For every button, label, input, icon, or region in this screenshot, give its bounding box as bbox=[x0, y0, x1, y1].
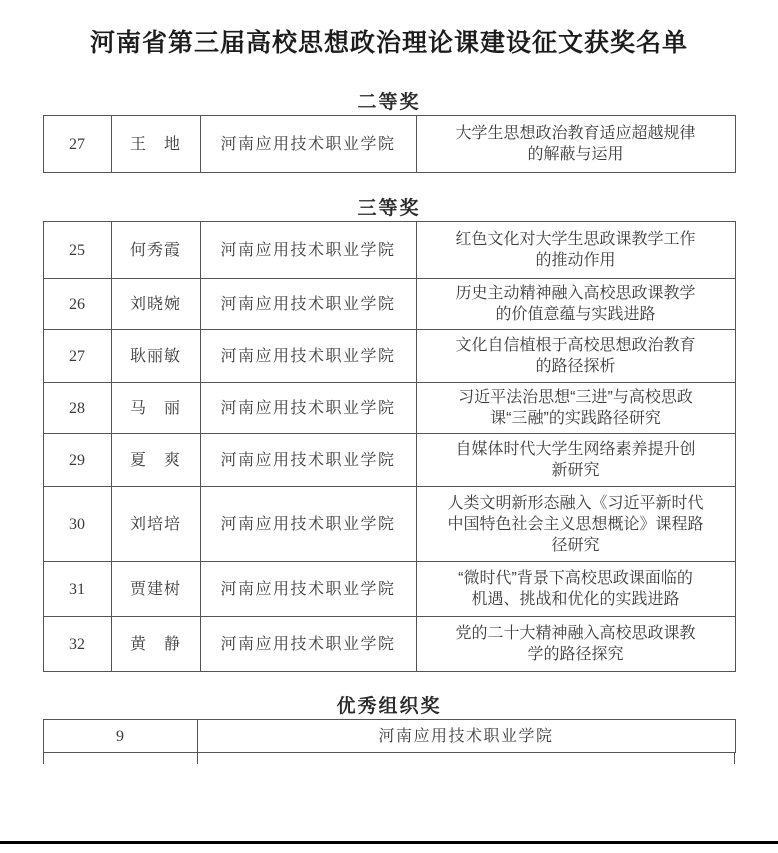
essay-title: 大学生思想政治教育适应超越规律 的解蔽与运用 bbox=[416, 116, 735, 173]
essay-title: 党的二十大精神融入高校思政课教 学的路径探究 bbox=[416, 617, 735, 672]
entry-number: 32 bbox=[43, 617, 111, 672]
author-name: 耿丽敏 bbox=[111, 330, 200, 383]
institution-name: 河南应用技术职业学院 bbox=[197, 720, 735, 753]
entry-number: 30 bbox=[43, 487, 111, 562]
section-heading-second-prize: 二等奖 bbox=[0, 91, 778, 115]
table-row: 26 刘晓婉 河南应用技术职业学院 历史主动精神融入高校思政课教学 的价值意蕴与… bbox=[43, 279, 735, 330]
third-prize-table: 25 何秀霞 河南应用技术职业学院 红色文化对大学生思政课教学工作 的推动作用 … bbox=[43, 221, 736, 672]
table-row: 25 何秀霞 河南应用技术职业学院 红色文化对大学生思政课教学工作 的推动作用 bbox=[43, 222, 735, 279]
table-row: 31 贾建树 河南应用技术职业学院 “微时代”背景下高校思政课面临的 机遇、挑战… bbox=[43, 562, 735, 617]
entry-number: 27 bbox=[43, 330, 111, 383]
institution-name: 河南应用技术职业学院 bbox=[200, 434, 416, 487]
author-name: 刘培培 bbox=[111, 487, 200, 562]
org-award-table: 9 河南应用技术职业学院 bbox=[43, 719, 736, 753]
page-bottom-edge bbox=[0, 841, 778, 844]
author-name: 刘晓婉 bbox=[111, 279, 200, 330]
table-row: 32 黄 静 河南应用技术职业学院 党的二十大精神融入高校思政课教 学的路径探究 bbox=[43, 617, 735, 672]
entry-number: 29 bbox=[43, 434, 111, 487]
essay-title: “微时代”背景下高校思政课面临的 机遇、挑战和优化的实践进路 bbox=[416, 562, 735, 617]
author-name: 黄 静 bbox=[111, 617, 200, 672]
author-name: 何秀霞 bbox=[111, 222, 200, 279]
table-row: 27 耿丽敏 河南应用技术职业学院 文化自信植根于高校思想政治教育 的路径探析 bbox=[43, 330, 735, 383]
institution-name: 河南应用技术职业学院 bbox=[200, 487, 416, 562]
table-row: 27 王 地 河南应用技术职业学院 大学生思想政治教育适应超越规律 的解蔽与运用 bbox=[43, 116, 735, 173]
essay-title: 习近平法治思想“三进”与高校思政 课“三融”的实践路径研究 bbox=[416, 383, 735, 434]
institution-name: 河南应用技术职业学院 bbox=[200, 617, 416, 672]
org-award-partial-row bbox=[43, 753, 735, 764]
table-row: 9 河南应用技术职业学院 bbox=[43, 720, 735, 753]
author-name: 马 丽 bbox=[111, 383, 200, 434]
essay-title: 自媒体时代大学生网络素养提升创 新研究 bbox=[416, 434, 735, 487]
entry-number: 28 bbox=[43, 383, 111, 434]
author-name: 王 地 bbox=[111, 116, 200, 173]
institution-name: 河南应用技术职业学院 bbox=[200, 330, 416, 383]
author-name: 夏 爽 bbox=[111, 434, 200, 487]
institution-name: 河南应用技术职业学院 bbox=[200, 562, 416, 617]
entry-number: 31 bbox=[43, 562, 111, 617]
table-row: 29 夏 爽 河南应用技术职业学院 自媒体时代大学生网络素养提升创 新研究 bbox=[43, 434, 735, 487]
table-row: 28 马 丽 河南应用技术职业学院 习近平法治思想“三进”与高校思政 课“三融”… bbox=[43, 383, 735, 434]
essay-title: 文化自信植根于高校思想政治教育 的路径探析 bbox=[416, 330, 735, 383]
table-border-divider bbox=[197, 753, 198, 764]
entry-number: 25 bbox=[43, 222, 111, 279]
page-title: 河南省第三届高校思想政治理论课建设征文获奖名单 bbox=[30, 27, 748, 59]
author-name: 贾建树 bbox=[111, 562, 200, 617]
entry-number: 27 bbox=[43, 116, 111, 173]
institution-name: 河南应用技术职业学院 bbox=[200, 383, 416, 434]
table-border-left bbox=[43, 753, 44, 764]
essay-title: 历史主动精神融入高校思政课教学 的价值意蕴与实践进路 bbox=[416, 279, 735, 330]
entry-number: 9 bbox=[43, 720, 197, 753]
essay-title: 人类文明新形态融入《习近平新时代 中国特色社会主义思想概论》课程路 径研究 bbox=[416, 487, 735, 562]
section-heading-third-prize: 三等奖 bbox=[0, 197, 778, 221]
table-border-right bbox=[734, 753, 735, 764]
entry-number: 26 bbox=[43, 279, 111, 330]
institution-name: 河南应用技术职业学院 bbox=[200, 222, 416, 279]
essay-title: 红色文化对大学生思政课教学工作 的推动作用 bbox=[416, 222, 735, 279]
table-row: 30 刘培培 河南应用技术职业学院 人类文明新形态融入《习近平新时代 中国特色社… bbox=[43, 487, 735, 562]
institution-name: 河南应用技术职业学院 bbox=[200, 279, 416, 330]
second-prize-table: 27 王 地 河南应用技术职业学院 大学生思想政治教育适应超越规律 的解蔽与运用 bbox=[43, 115, 736, 173]
institution-name: 河南应用技术职业学院 bbox=[200, 116, 416, 173]
section-heading-org-award: 优秀组织奖 bbox=[0, 695, 778, 719]
